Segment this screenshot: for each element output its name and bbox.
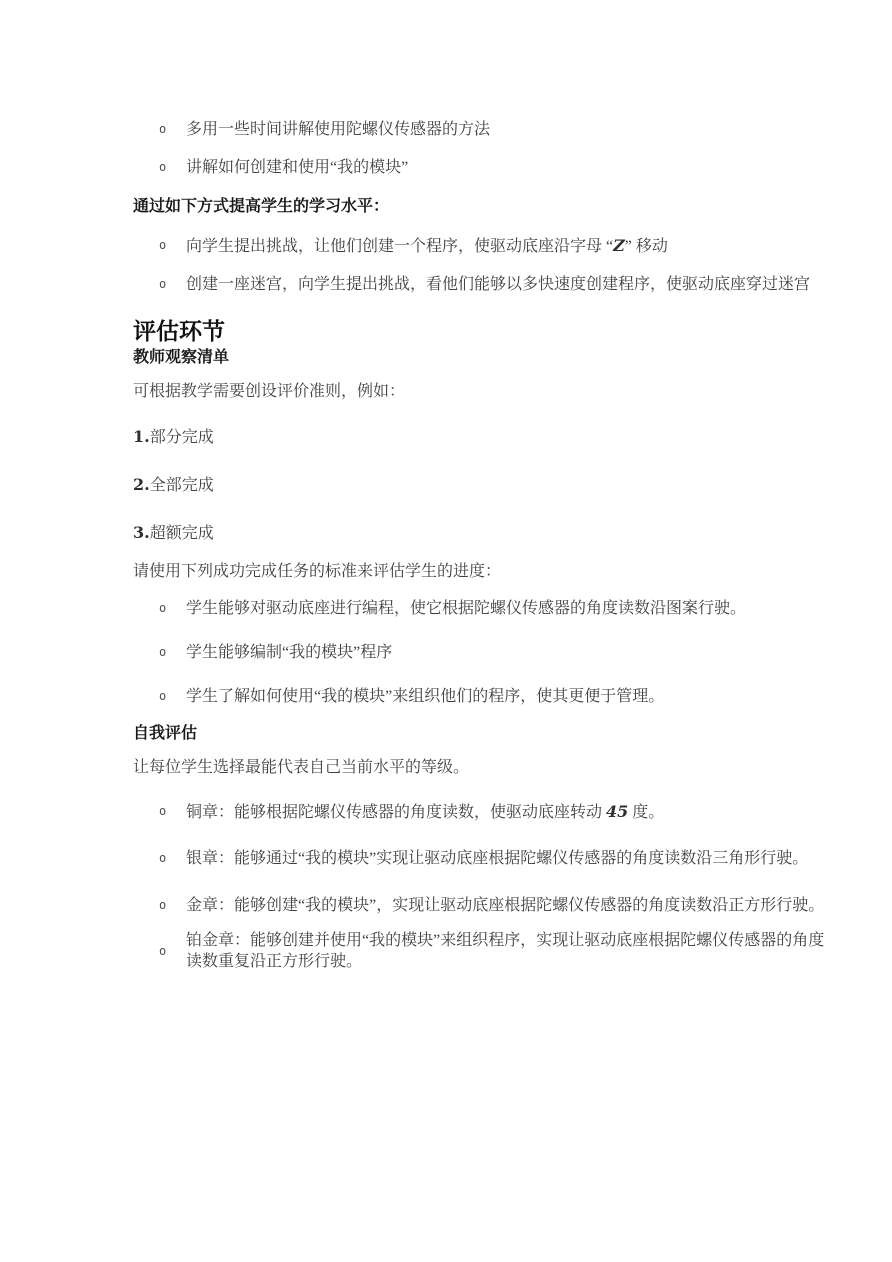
scale-label: 部分完成 <box>150 429 214 446</box>
badge-item-gold: o 金章：能够创建“我的模块”，实现让驱动底座根据陀螺仪传感器的角度读数沿正方形… <box>133 895 856 916</box>
scale-number: 1. <box>133 427 150 446</box>
bullet-marker: o <box>159 850 166 866</box>
bullet-marker: o <box>159 159 166 175</box>
list-item: o 学生能够对驱动底座进行编程，使它根据陀螺仪传感器的角度读数沿图案行驶。 <box>133 598 856 619</box>
scale-label: 超额完成 <box>150 525 214 542</box>
observation-intro: 可根据教学需要创设评价准则，例如： <box>133 381 856 402</box>
badge-item-bronze: o 铜章：能够根据陀螺仪传感器的角度读数，使驱动底座转动 45 度。 <box>133 801 856 823</box>
simplify-bullet-list: o 多用一些时间讲解使用陀螺仪传感器的方法 o 讲解如何创建和使用“我的模块” <box>133 119 856 178</box>
badge-item-silver: o 银章：能够通过“我的模块”实现让驱动底座根据陀螺仪传感器的角度读数沿三角形行… <box>133 848 856 869</box>
list-item: o 讲解如何创建和使用“我的模块” <box>133 157 856 178</box>
document-page: o 多用一些时间讲解使用陀螺仪传感器的方法 o 讲解如何创建和使用“我的模块” … <box>0 0 892 1262</box>
list-item: o 多用一些时间讲解使用陀螺仪传感器的方法 <box>133 119 856 140</box>
self-assessment-intro: 让每位学生选择最能代表自己当前水平的等级。 <box>133 757 856 778</box>
increase-difficulty-heading: 通过如下方式提高学生的学习水平： <box>133 196 856 217</box>
list-item-text: 多用一些时间讲解使用陀螺仪传感器的方法 <box>186 121 490 138</box>
scale-number: 2. <box>133 475 150 494</box>
list-item: o 创建一座迷宫，向学生提出挑战，看他们能够以多快速度创建程序，使驱动底座穿过迷… <box>133 274 856 295</box>
scale-item-2: 2.全部完成 <box>133 474 856 496</box>
bullet-marker: o <box>159 803 166 819</box>
list-item-text: 讲解如何创建和使用“我的模块” <box>186 159 408 176</box>
scale-item-3: 3.超额完成 <box>133 522 856 544</box>
scale-label: 全部完成 <box>150 477 214 494</box>
self-assessment-heading: 自我评估 <box>133 723 856 744</box>
increase-bullet-list: o 向学生提出挑战，让他们创建一个程序，使驱动底座沿字母 “Z” 移动 o 创建… <box>133 235 856 295</box>
badge-item-text: 银章：能够通过“我的模块”实现让驱动底座根据陀螺仪传感器的角度读数沿三角形行驶。 <box>186 850 808 867</box>
bullet-marker: o <box>159 644 166 660</box>
bullet-marker: o <box>159 237 166 253</box>
assessment-section-title: 评估环节 <box>133 317 856 347</box>
badge-bullet-list: o 铜章：能够根据陀螺仪传感器的角度读数，使驱动底座转动 45 度。 o 银章：… <box>133 801 856 972</box>
badge-item-text: 金章：能够创建“我的模块”，实现让驱动底座根据陀螺仪传感器的角度读数沿正方形行驶… <box>186 897 824 914</box>
list-item-text: 学生了解如何使用“我的模块”来组织他们的程序，使其更便于管理。 <box>186 688 664 705</box>
badge-item-text: 铜章：能够根据陀螺仪传感器的角度读数，使驱动底座转动 45 度。 <box>186 804 664 821</box>
list-item: o 向学生提出挑战，让他们创建一个程序，使驱动底座沿字母 “Z” 移动 <box>133 235 856 257</box>
list-item-text: 学生能够对驱动底座进行编程，使它根据陀螺仪传感器的角度读数沿图案行驶。 <box>186 600 746 617</box>
bullet-marker: o <box>159 121 166 137</box>
list-item: o 学生了解如何使用“我的模块”来组织他们的程序，使其更便于管理。 <box>133 686 856 707</box>
bullet-marker: o <box>159 276 166 292</box>
badge-item-platinum: o 铂金章：能够创建并使用“我的模块”来组织程序，实现让驱动底座根据陀螺仪传感器… <box>133 930 856 972</box>
list-item: o 学生能够编制“我的模块”程序 <box>133 642 856 663</box>
observation-checklist-heading: 教师观察清单 <box>133 347 856 368</box>
list-item-text: 向学生提出挑战，让他们创建一个程序，使驱动底座沿字母 “Z” 移动 <box>186 238 668 255</box>
criteria-bullet-list: o 学生能够对驱动底座进行编程，使它根据陀螺仪传感器的角度读数沿图案行驶。 o … <box>133 598 856 707</box>
criteria-intro: 请使用下列成功完成任务的标准来评估学生的进度： <box>133 561 856 582</box>
badge-item-text: 铂金章：能够创建并使用“我的模块”来组织程序，实现让驱动底座根据陀螺仪传感器的角… <box>186 932 824 970</box>
list-item-text: 学生能够编制“我的模块”程序 <box>186 644 392 661</box>
list-item-text: 创建一座迷宫，向学生提出挑战，看他们能够以多快速度创建程序，使驱动底座穿过迷宫 <box>186 276 810 293</box>
scale-item-1: 1.部分完成 <box>133 426 856 448</box>
bullet-marker: o <box>159 600 166 616</box>
scale-number: 3. <box>133 523 150 542</box>
bullet-marker: o <box>159 688 166 704</box>
bullet-marker: o <box>159 943 166 959</box>
bullet-marker: o <box>159 897 166 913</box>
